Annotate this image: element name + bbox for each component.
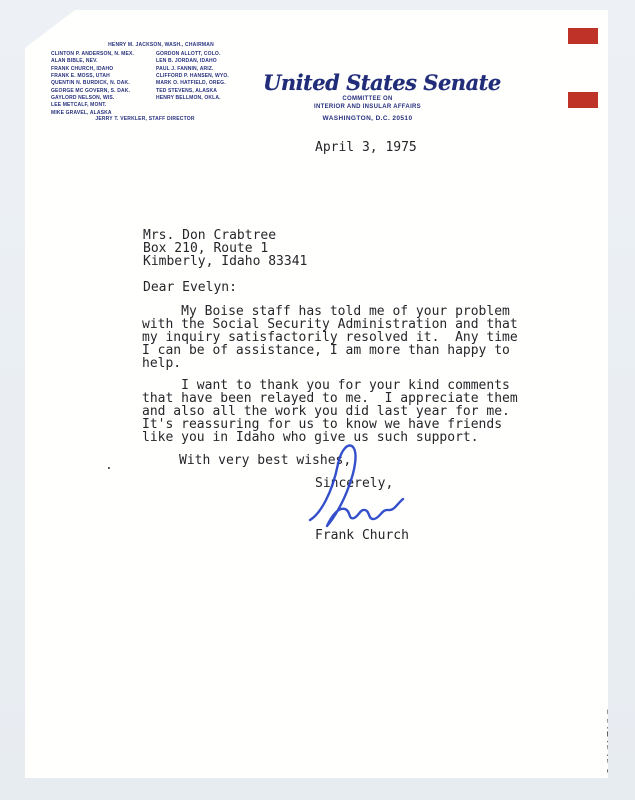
archive-catalog-number: Ce.2.9.94 <box>604 708 617 784</box>
letterhead-members-right: GORDON ALLOTT, COLO. LEN B. JORDAN, IDAH… <box>156 51 229 102</box>
body-paragraph-1: My Boise staff has told me of your probl… <box>142 306 518 371</box>
body-paragraph-2: I want to thank you for your kind commen… <box>142 380 518 445</box>
red-redaction-mark-top <box>568 28 598 44</box>
red-redaction-mark-bottom <box>568 92 598 108</box>
recipient-address: Mrs. Don Crabtree Box 210, Route 1 Kimbe… <box>143 230 307 269</box>
salutation: Dear Evelyn: <box>143 282 237 295</box>
letterhead-staff-director: JERRY T. VERKLER, STAFF DIRECTOR <box>45 116 245 122</box>
letterhead-committee-line1: COMMITTEE ON <box>280 96 455 102</box>
senate-masthead-title: United States Senate <box>263 70 473 95</box>
letter-page: HENRY M. JACKSON, WASH., CHAIRMAN CLINTO… <box>25 10 608 778</box>
letterhead-committee-line2: INTERIOR AND INSULAR AFFAIRS <box>280 104 455 110</box>
letterhead-chairman: HENRY M. JACKSON, WASH., CHAIRMAN <box>45 42 277 48</box>
letterhead-city-line: WASHINGTON, D.C. 20510 <box>280 115 455 122</box>
letterhead-members-left: CLINTON P. ANDERSON, N. MEX. ALAN BIBLE,… <box>51 51 134 117</box>
letter-date: April 3, 1975 <box>315 142 417 155</box>
scanned-letter-background: HENRY M. JACKSON, WASH., CHAIRMAN CLINTO… <box>0 0 635 800</box>
handwritten-signature <box>305 440 407 534</box>
stray-period-mark: . <box>105 458 113 473</box>
